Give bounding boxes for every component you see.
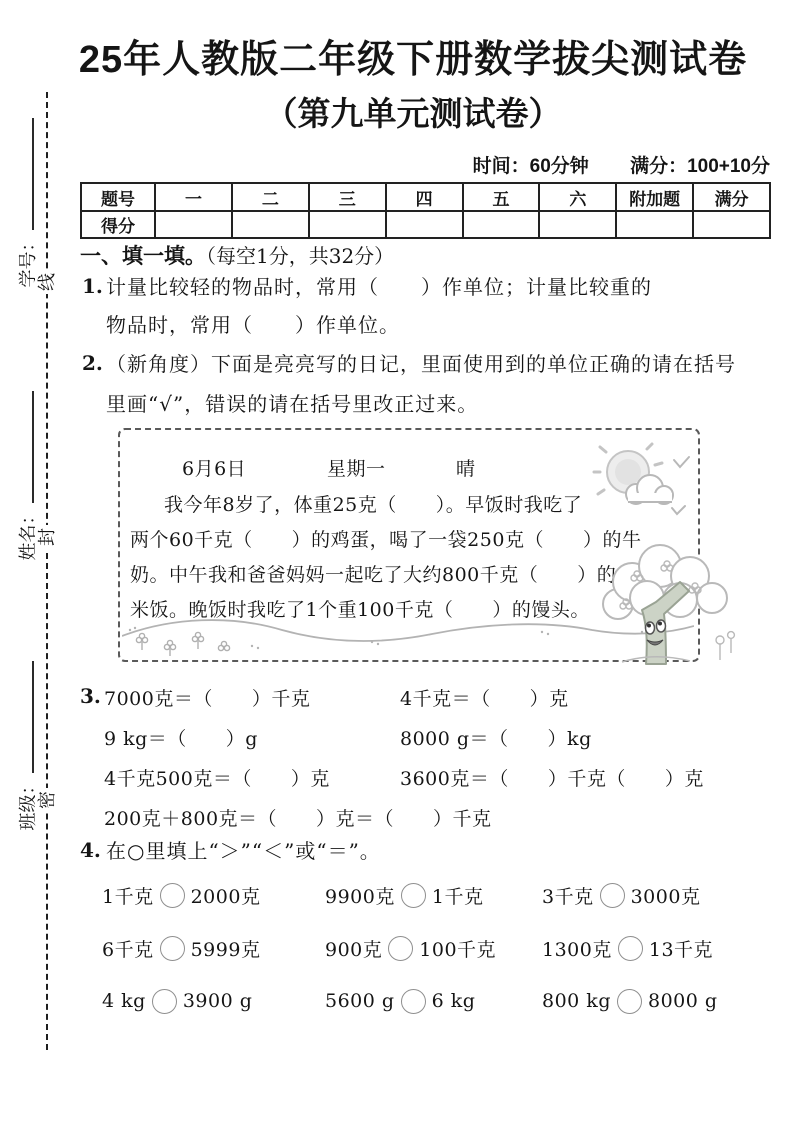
seal-char-mi: 密 bbox=[35, 788, 59, 812]
question-1-line-2: 物品时，常用（ ）作单位。 bbox=[106, 312, 400, 338]
comparison-item: 900克100千克 bbox=[325, 934, 496, 962]
diary-line-2: 两个60千克（ ）的鸡蛋，喝了一袋250克（ ）的牛 bbox=[130, 525, 641, 552]
page-title: 25年人教版二年级下册数学拔尖测试卷 bbox=[60, 28, 766, 83]
question-2-line-2: 里画“√”，错误的请在括号里改正过来。 bbox=[106, 391, 478, 417]
comparison-item: 800 kg8000 g bbox=[542, 987, 718, 1015]
time-info: 时间：60分钟 bbox=[473, 156, 589, 177]
score-header-cell: 满分 bbox=[693, 183, 770, 211]
comparison-left-value: 800 kg bbox=[542, 990, 611, 1012]
score-header-cell: 二 bbox=[232, 183, 309, 211]
diary-line-1: 我今年8岁了，体重25克（ ）。早饭时我吃了 bbox=[164, 490, 582, 517]
comparison-right-value: 3900 g bbox=[183, 990, 253, 1012]
comparison-circle bbox=[618, 936, 643, 961]
conversion-right: 8000 g＝（ ）kg bbox=[400, 724, 592, 751]
comparison-item: 5600 g6 kg bbox=[325, 987, 475, 1015]
exam-meta: 时间：60分钟 满分：100+10分 bbox=[80, 151, 770, 178]
score-cell bbox=[155, 211, 232, 238]
score-header-cell: 一 bbox=[155, 183, 232, 211]
comparison-item: 4 kg3900 g bbox=[102, 987, 252, 1015]
comparison-right-value: 1千克 bbox=[432, 882, 484, 909]
comparison-left-value: 6千克 bbox=[102, 935, 154, 962]
question-2-line-1: （新角度）下面是亮亮写的日记，里面使用到的单位正确的请在括号 bbox=[106, 351, 736, 377]
conversion-row: 4千克500克＝（ ）克 3600克＝（ ）千克（ ）克 bbox=[104, 764, 770, 790]
comparison-circle bbox=[617, 989, 642, 1014]
comparison-left-value: 1千克 bbox=[102, 882, 154, 909]
diary-date: 6月6日 bbox=[182, 454, 246, 481]
comparison-item: 6千克5999克 bbox=[102, 934, 260, 962]
comparison-item: 1千克2000克 bbox=[102, 881, 260, 909]
comparison-circle bbox=[160, 883, 185, 908]
score-header-cell: 四 bbox=[386, 183, 463, 211]
comparison-circle bbox=[401, 989, 426, 1014]
comparison-right-value: 5999克 bbox=[191, 935, 261, 962]
comparison-right-value: 2000克 bbox=[191, 882, 261, 909]
comparison-left-value: 3千克 bbox=[542, 882, 594, 909]
question-2-number: 2. bbox=[82, 351, 103, 375]
comparison-left-value: 1300克 bbox=[542, 935, 612, 962]
score-row-label: 得分 bbox=[81, 211, 155, 238]
seal-char-feng: 封 bbox=[35, 525, 59, 549]
question-1-number: 1. bbox=[82, 274, 103, 298]
question-1-line-1: 计量比较轻的物品时，常用（ ）作单位；计量比较重的 bbox=[106, 274, 652, 300]
comparison-item: 9900克1千克 bbox=[325, 881, 483, 909]
seal-char-line: 线 bbox=[35, 270, 59, 294]
score-header-cell: 六 bbox=[539, 183, 616, 211]
class-field: 班级： bbox=[15, 651, 41, 841]
diary-weekday: 星期一 bbox=[327, 454, 386, 481]
conversion-right: 4千克＝（ ）克 bbox=[400, 684, 569, 711]
score-cell bbox=[616, 211, 693, 238]
comparison-right-value: 100千克 bbox=[419, 935, 496, 962]
diary-line-3: 奶。中午我和爸爸妈妈一起吃了大约800千克（ ）的 bbox=[130, 560, 616, 587]
score-header-cell: 附加题 bbox=[616, 183, 693, 211]
class-blank bbox=[17, 662, 34, 774]
comparison-right-value: 13千克 bbox=[649, 935, 713, 962]
comparison-circle bbox=[600, 883, 625, 908]
conversion-left: 4千克500克＝（ ）克 bbox=[104, 764, 330, 791]
section-heading-note: （每空1分，共32分） bbox=[206, 244, 394, 268]
comparison-left-value: 900克 bbox=[325, 935, 382, 962]
score-cell bbox=[386, 211, 463, 238]
score-table-score-row: 得分 bbox=[81, 211, 770, 238]
page-subtitle: （第九单元测试卷） bbox=[60, 88, 766, 135]
score-cell bbox=[539, 211, 616, 238]
score-cell bbox=[463, 211, 540, 238]
smiling-tree-icon bbox=[592, 540, 738, 666]
comparison-item: 3千克3000克 bbox=[542, 881, 700, 909]
seal-dashed-line bbox=[46, 92, 48, 1050]
score-cell bbox=[232, 211, 309, 238]
conversion-right: 3600克＝（ ）千克（ ）克 bbox=[400, 764, 704, 791]
conversion-left: 7000克＝（ ）千克 bbox=[104, 684, 310, 711]
score-table-header-row: 题号 一 二 三 四 五 六 附加题 满分 bbox=[81, 183, 770, 211]
section-one-heading: 一、填一填。（每空1分，共32分） bbox=[80, 240, 394, 270]
comparison-circle bbox=[401, 883, 426, 908]
diary-weather: 晴 bbox=[456, 454, 476, 481]
comparison-left-value: 5600 g bbox=[325, 990, 395, 1012]
comparison-circle bbox=[152, 989, 177, 1014]
score-header-cell: 五 bbox=[463, 183, 540, 211]
conversion-left: 200克＋800克＝（ ）克＝（ ）千克 bbox=[104, 804, 492, 831]
full-score-info: 满分：100+10分 bbox=[630, 156, 770, 177]
conversion-row: 200克＋800克＝（ ）克＝（ ）千克 bbox=[104, 804, 770, 830]
question-3-number: 3. bbox=[80, 684, 101, 708]
comparison-right-value: 3000克 bbox=[631, 882, 701, 909]
score-header-cell: 题号 bbox=[81, 183, 155, 211]
score-table: 题号 一 二 三 四 五 六 附加题 满分 得分 bbox=[80, 182, 771, 239]
comparison-left-value: 4 kg bbox=[102, 990, 146, 1012]
comparison-right-value: 8000 g bbox=[648, 990, 718, 1012]
comparison-circle bbox=[388, 936, 413, 961]
question-4-number: 4. bbox=[80, 838, 101, 862]
comparison-left-value: 9900克 bbox=[325, 882, 395, 909]
score-cell bbox=[693, 211, 770, 238]
question-4-instruction: 在○里填上“＞”“＜”或“＝”。 bbox=[106, 838, 381, 864]
sun-cloud-birds-icon bbox=[592, 438, 692, 530]
comparison-item: 1300克13千克 bbox=[542, 934, 713, 962]
conversion-left: 9 kg＝（ ）g bbox=[104, 724, 258, 751]
comparison-right-value: 6 kg bbox=[432, 990, 476, 1012]
student-id-blank bbox=[17, 119, 34, 231]
score-header-cell: 三 bbox=[309, 183, 386, 211]
comparison-circle bbox=[160, 936, 185, 961]
section-heading-text: 一、填一填。 bbox=[80, 243, 206, 268]
conversion-row: 9 kg＝（ ）g 8000 g＝（ ）kg bbox=[104, 724, 770, 750]
score-cell bbox=[309, 211, 386, 238]
name-blank bbox=[17, 392, 34, 504]
conversion-row: 7000克＝（ ）千克 4千克＝（ ）克 bbox=[104, 684, 770, 710]
